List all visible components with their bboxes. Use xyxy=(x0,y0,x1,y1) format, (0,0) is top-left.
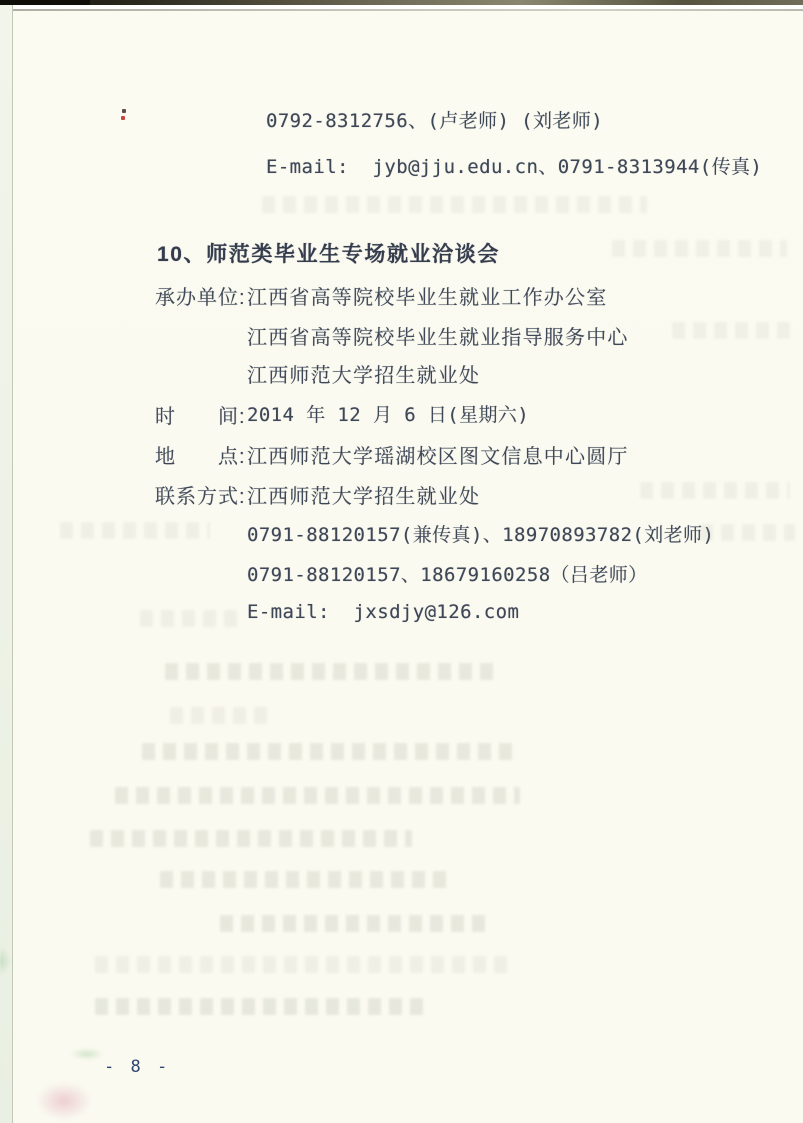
section-heading: 10、师范类毕业生专场就业洽谈会 xyxy=(157,238,500,268)
page-number: - 8 - xyxy=(104,1057,170,1077)
field-value: 0791-88120157(兼传真)、18970893782(刘老师) xyxy=(247,520,714,547)
field-row-phone-1: 0791-88120157(兼传真)、18970893782(刘老师) xyxy=(155,520,775,547)
field-value: 江西师范大学瑶湖校区图文信息中心圆厅 xyxy=(247,440,629,469)
bleed-through-line xyxy=(262,196,647,213)
field-row-email: E-mail: jxsdjy@126.com xyxy=(155,601,775,628)
scan-smudge-green xyxy=(70,1048,104,1060)
scanned-page: 0792-8312756、(卢老师) (刘老师) E-mail: jyb@jju… xyxy=(0,0,803,1123)
contact-email-line: E-mail: jyb@jju.edu.cn、0791-8313944(传真) xyxy=(266,152,762,179)
scan-smudge-pink xyxy=(36,1082,92,1120)
field-value: 江西省高等院校毕业生就业工作办公室 xyxy=(247,281,607,310)
field-value: 江西师范大学招生就业处 xyxy=(247,480,480,509)
bleed-through-line xyxy=(672,322,790,339)
bleed-through-line xyxy=(95,998,425,1015)
bleed-through-line xyxy=(612,240,787,257)
bleed-through-line xyxy=(160,871,450,888)
field-row-location: 地 点: 江西师范大学瑶湖校区图文信息中心圆厅 xyxy=(155,440,775,467)
bleed-through-line xyxy=(60,522,210,539)
bleed-through-line xyxy=(142,743,514,760)
field-row-organizer: 承办单位: 江西省高等院校毕业生就业工作办公室 xyxy=(155,281,775,308)
field-row-phone-2: 0791-88120157、18679160258（吕老师） xyxy=(155,560,775,587)
bleed-through-line xyxy=(95,956,510,973)
field-label: 联系方式: xyxy=(155,480,246,509)
field-row-time: 时 间: 2014 年 12 月 6 日(星期六) xyxy=(155,400,775,427)
field-value: E-mail: jxsdjy@126.com xyxy=(247,601,519,623)
scan-edge-line xyxy=(0,9,803,11)
bleed-through-line xyxy=(220,915,488,932)
contact-phone-line: 0792-8312756、(卢老师) (刘老师) xyxy=(266,106,603,133)
bleed-through-line xyxy=(700,524,795,541)
field-value: 江西省高等院校毕业生就业指导服务中心 xyxy=(247,321,629,350)
field-value: 2014 年 12 月 6 日(星期六) xyxy=(247,400,529,427)
field-row-organizer-3: 江西师范大学招生就业处 xyxy=(155,359,775,386)
scan-edge-smudge xyxy=(0,948,10,974)
bleed-through-line xyxy=(165,663,495,680)
bleed-through-line xyxy=(115,787,520,804)
field-label: 时 间: xyxy=(155,400,246,429)
bleed-through-line xyxy=(140,610,245,627)
field-value: 江西师范大学招生就业处 xyxy=(247,359,480,388)
field-label: 地 点: xyxy=(155,440,246,469)
field-label: 承办单位: xyxy=(155,281,246,310)
bleed-through-line xyxy=(90,830,412,847)
field-value: 0791-88120157、18679160258（吕老师） xyxy=(247,560,648,587)
bleed-through-line xyxy=(170,707,275,724)
bleed-through-line xyxy=(640,482,790,499)
